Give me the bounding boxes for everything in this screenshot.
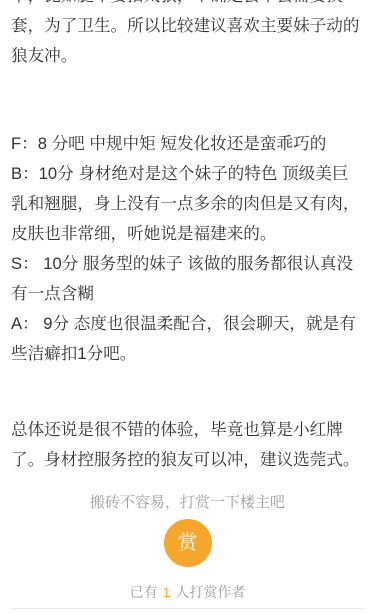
post-paragraph-rating-s: S： 10分 服务型的妹子 该做的服务都很认真没有一点含糊 <box>11 249 364 309</box>
thread-post-screen: 下，比如腿不要抬太狠，不确定会不会需要换 套，为了卫生。所以比较建议喜欢主要妹子… <box>0 0 375 613</box>
post-paragraph-rating-a: A： 9分 态度也很温柔配合，很会聊天，就是有些洁癖扣1分吧。 <box>11 309 364 369</box>
reward-button-label: 赏 <box>178 532 198 554</box>
reward-count: 1 <box>163 584 171 600</box>
reward-section: 搬砖不容易，打赏一下楼主吧 赏 已有1人打赏作者 <box>0 492 375 601</box>
post-paragraph-rating-f: F：8 分吧 中规中矩 短发化妆还是蛮乖巧的 <box>11 129 364 159</box>
reward-prompt: 搬砖不容易，打赏一下楼主吧 <box>0 492 375 513</box>
reward-stat-prefix: 已有 <box>130 584 158 600</box>
post-paragraph-summary: 总体还说是很不错的体验，毕竟也算是小红牌了。身材控服务控的狼友可以冲，建议选莞式… <box>11 415 364 475</box>
bottom-divider <box>10 608 365 609</box>
post-paragraph-rating-b: B：10分 身材绝对是这个妹子的特色 顶级美巨乳和翘腿，身上没有一点多余的肉但是… <box>11 159 364 249</box>
reward-button[interactable]: 赏 <box>164 519 212 567</box>
post-paragraph-clipped: 下，比如腿不要抬太狠，不确定会不会需要换 <box>11 0 364 11</box>
reward-stat-suffix: 人打赏作者 <box>175 584 245 600</box>
post-paragraph-intro: 套，为了卫生。所以比较建议喜欢主要妹子动的狼友冲。 <box>11 11 364 71</box>
post-content: 下，比如腿不要抬太狠，不确定会不会需要换 套，为了卫生。所以比较建议喜欢主要妹子… <box>0 0 375 475</box>
reward-stat: 已有1人打赏作者 <box>0 583 375 601</box>
